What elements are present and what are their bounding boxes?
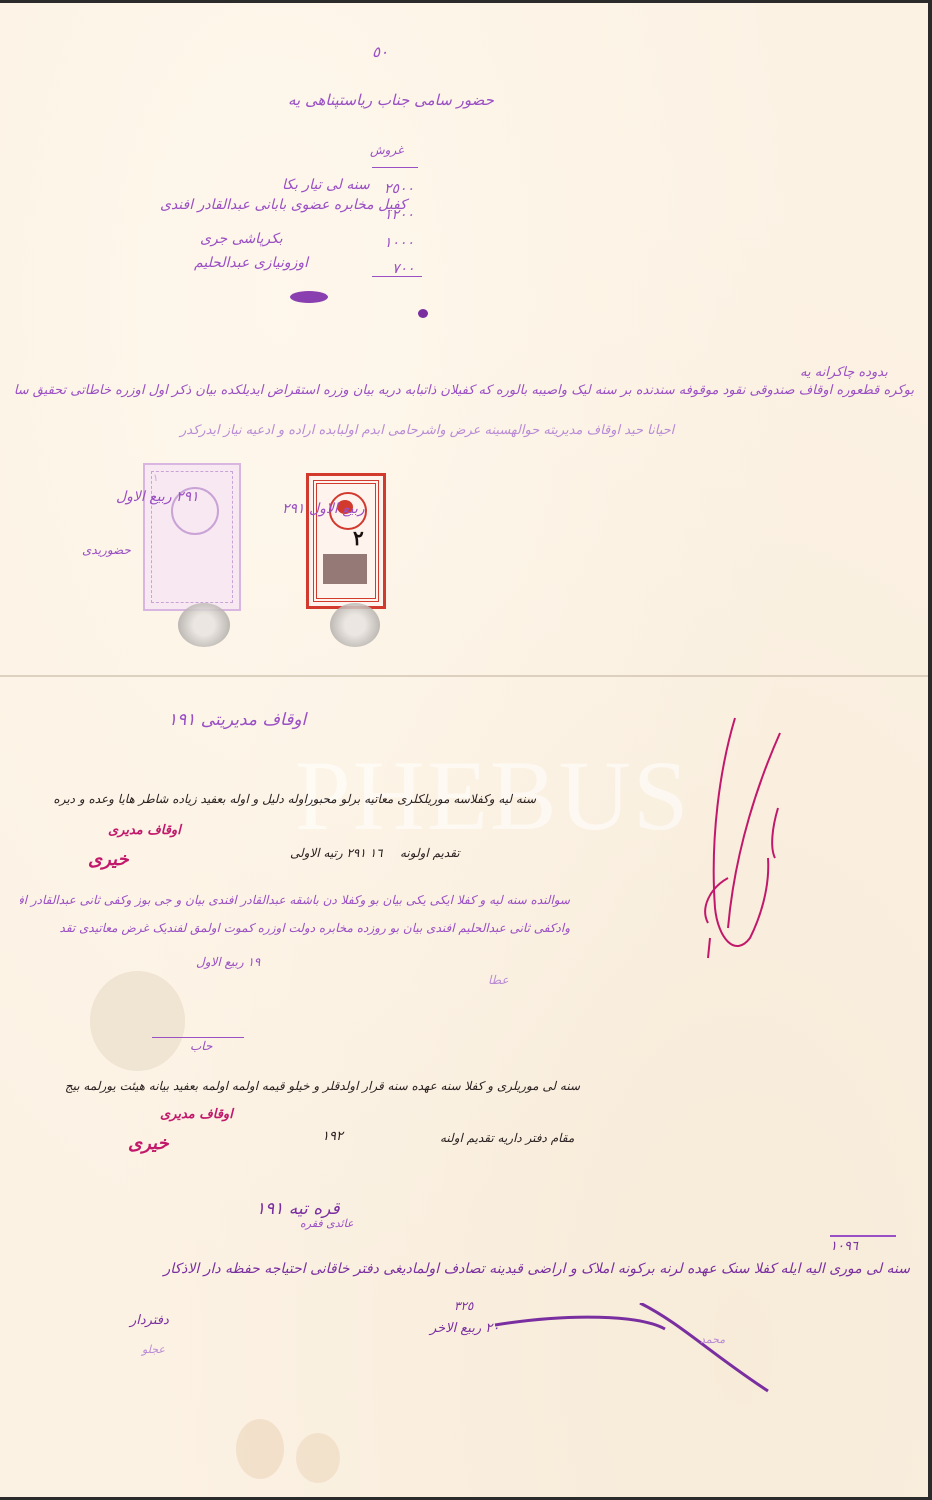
red-revenue-stamp: ٢ [306,473,386,609]
faint-seal [90,971,185,1071]
stamp-side-note: حضوریدی [82,543,131,557]
petition-salutation: بدوده چاکرانه یه [800,365,888,380]
director-title: اوقاف مدیری [160,1107,233,1122]
final-body: سنه لی موری الیه ایله کفلا سنک عهده لرنه… [4,1261,910,1277]
ink-seal [178,603,230,647]
second-submit: مقام دفتر داریه تقدیم اولنه [440,1131,574,1145]
ledger-amount: ١٠٠٠ [384,235,414,251]
side-number-rule [830,1235,896,1237]
ledger-amount: ٧٠٠ [392,261,415,277]
second-number: ١٩٢ [322,1129,343,1144]
final-heading: قره تیه ١٩١ [256,1199,340,1219]
side-number: ١٠٩٦ [830,1239,858,1254]
director-signature: خیری [88,849,129,870]
ledger-header-underline [372,167,418,168]
final-signature-flourish [490,1303,790,1393]
page-number: ٥٠ [372,43,388,61]
director-signature: خیری [128,1133,169,1154]
stamp-value: ١ [153,473,158,484]
above-note: عائدی فقره [300,1217,354,1230]
ledger-name: بکرپاشی جری [200,231,283,247]
office-title: دفتردار [130,1313,169,1328]
final-number: ٣٢٥ [454,1299,473,1313]
ink-dot [418,309,428,318]
paper-fold-line [0,675,928,677]
separator-line [152,1037,244,1038]
ledger-name: سنه لی تیار بکا [282,177,370,193]
ledger-amount: ٢٥٠٠ [384,181,414,197]
marginal-note-line: سوالنده سنه لیه و کفلا ایکی یکی بیان بو … [20,893,570,907]
marginal-note-signature: عطا [488,973,509,987]
final-signature: محمد [700,1333,725,1346]
evkaf-date: ١٦ ٢٩١ رتیه الاولی [290,846,383,860]
director-title: اوقاف مدیری [108,823,181,838]
ledger-name: کفیل مخابره عضوی بابانی عبدالقادر افندی [160,197,407,213]
bottom-note: عجلو [142,1343,165,1356]
stamp-annotation: ٢٩١ ربیع الاول [116,489,199,505]
paper-stain [296,1433,340,1483]
marginal-note-line: وادکفی ثانی عبدالحلیم افندی بیان بو روزد… [60,921,570,935]
stamp-annotation: ربیع الاول ٢٩١ [282,501,365,517]
ledger-total-underline [372,276,422,277]
stamp-value: ٢ [353,526,364,550]
lilac-revenue-stamp: ١ [143,463,241,611]
paper-stain [236,1419,284,1479]
address-line: حضور سامی جناب ریاستپناهی یه [288,91,494,109]
marginal-note-date: ١٩ ربیع الاول [196,955,260,969]
evkaf-submit: تقدیم اولونه [400,846,460,860]
section-mark: حاب [190,1039,212,1053]
document-page: ٥٠ حضور سامی جناب ریاستپناهی یه غروش ٢٥٠… [0,3,928,1497]
ledger-name: اوزونیازی عبدالحلیم [194,255,308,271]
ink-seal [330,603,380,647]
ledger-column-header: غروش [370,143,403,157]
ink-blot [290,291,328,303]
final-date: ٢٠ ربیع الاخر [430,1321,499,1336]
second-body: سنه لی موریلری و کفلا سنه عهده سنه قرار … [40,1079,580,1093]
petition-line: احیانا حید اوقاف مدیریته حوالهسینه عرض و… [180,423,674,438]
evkaf-heading: اوقاف مدیریتی ١٩١ [168,710,306,730]
petition-line: بوکره قطعوره اوقاف صندوقی نقود موقوفه سن… [14,383,914,398]
evkaf-body: سنه لیه وکفلاسه موریلکلری معاتیه برلو مح… [36,788,536,810]
large-signature [680,708,800,968]
